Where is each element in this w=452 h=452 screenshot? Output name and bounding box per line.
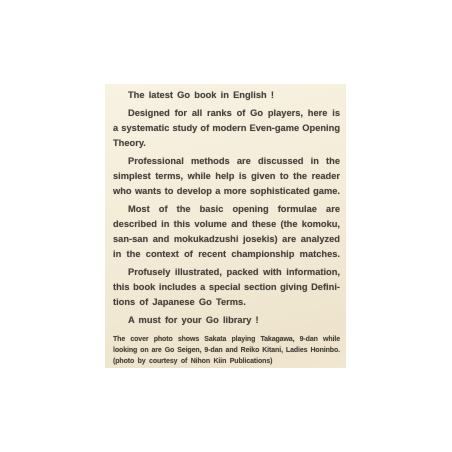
text-line: described in this volume and these (the … xyxy=(113,217,340,232)
text-line: A must for your Go library ! xyxy=(113,313,340,328)
text-line: this book includes a special section giv… xyxy=(113,280,340,295)
text-line: simplest terms, while help is given to t… xyxy=(113,169,340,184)
blurb-paragraph-1: The latest Go book in English ! xyxy=(113,88,340,103)
photo-credit-line: (photo by courtesy of Nihon Kiin Publica… xyxy=(113,356,340,367)
photo-credit: The cover photo shows Sakata playing Tak… xyxy=(113,334,340,367)
text-line: tions of Japanese Go Terms. xyxy=(113,295,340,310)
blurb-paragraph-6: A must for your Go library ! xyxy=(113,313,340,328)
book-back-cover-page: The latest Go book in English ! Designed… xyxy=(105,84,346,368)
blurb-paragraph-5: Profusely illustrated, packed with infor… xyxy=(113,265,340,310)
scan-background: The latest Go book in English ! Designed… xyxy=(0,0,452,452)
text-line: Most of the basic opening formulae are xyxy=(113,202,340,217)
text-line: san-san and mokukadzushi josekis) are an… xyxy=(113,232,340,247)
text-line: Profusely illustrated, packed with infor… xyxy=(113,265,340,280)
text-line: Designed for all ranks of Go players, he… xyxy=(113,106,340,121)
text-line: Professional methods are discussed in th… xyxy=(113,154,340,169)
blurb-paragraph-3: Professional methods are discussed in th… xyxy=(113,154,340,199)
text-line: in the context of recent championship ma… xyxy=(113,247,340,262)
photo-credit-line: looking on are Go Seigen, 9-dan and Reik… xyxy=(113,345,340,356)
text-line: a systematic study of modern Even-game O… xyxy=(113,121,340,136)
text-line: The latest Go book in English ! xyxy=(113,88,340,103)
blurb-paragraph-4: Most of the basic opening formulae are d… xyxy=(113,202,340,262)
text-line: who wants to develop a more sophisticate… xyxy=(113,184,340,199)
text-line: Theory. xyxy=(113,136,340,151)
blurb-text: The latest Go book in English ! Designed… xyxy=(113,88,340,328)
photo-credit-line: The cover photo shows Sakata playing Tak… xyxy=(113,334,340,345)
blurb-paragraph-2: Designed for all ranks of Go players, he… xyxy=(113,106,340,151)
